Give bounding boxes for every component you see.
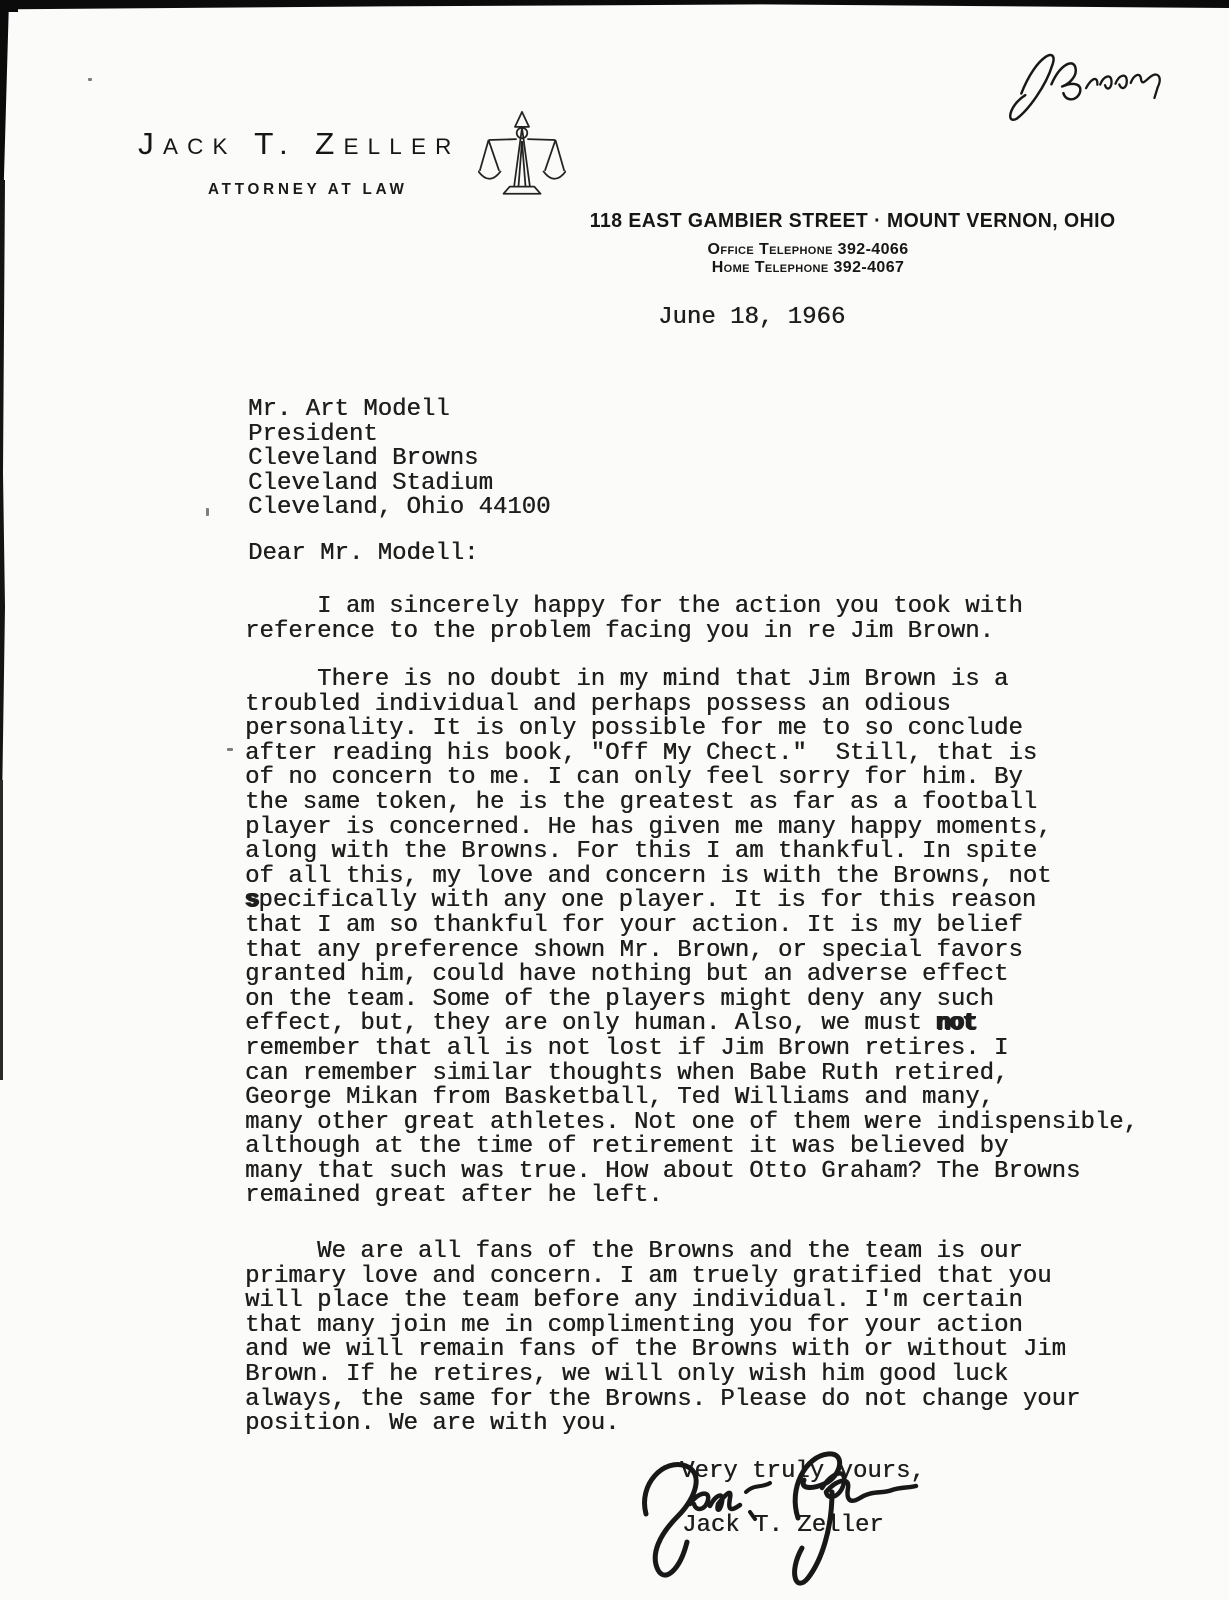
handwritten-note-jbrown: [990, 23, 1205, 134]
body-paragraph-3: We are all fans of the Browns and the te…: [245, 1240, 1080, 1437]
scan-edge-left-lower: [0, 780, 3, 1080]
scan-edge-top: [0, 0, 1229, 13]
scan-edge-left-upper: [0, 0, 9, 190]
letterhead-address: 118 EAST GAMBIER STREET · MOUNT VERNON, …: [590, 210, 1027, 233]
scan-speck: [227, 748, 233, 751]
letterhead-office-phone: Office Telephone 392-4066: [583, 241, 1033, 259]
handwriting-stroke: [990, 23, 1205, 134]
letter-page: Jack T. Zeller ATTORNEY AT LAW 118 EAST …: [0, 0, 1229, 1600]
scan-speck: [88, 78, 92, 81]
salutation: Dear Mr. Modell:: [248, 542, 478, 567]
handwritten-signature: [630, 1442, 925, 1587]
recipient-address: Mr. Art Modell President Cleveland Brown…: [248, 398, 550, 521]
signature-stroke: [630, 1442, 925, 1587]
scales-of-justice-icon: [478, 104, 566, 206]
letterhead-address-block: 118 EAST GAMBIER STREET · MOUNT VERNON, …: [583, 210, 1033, 276]
letterhead-name: Jack T. Zeller: [138, 126, 460, 162]
body-paragraph-2: There is no doubt in my mind that Jim Br…: [245, 668, 1138, 1209]
date-line: June 18, 1966: [658, 306, 845, 331]
scan-edge-left-mid: [0, 180, 5, 790]
letterhead-home-phone: Home Telephone 392-4067: [583, 259, 1033, 277]
body-paragraph-1: I am sincerely happy for the action you …: [245, 595, 1023, 644]
letterhead-role: ATTORNEY AT LAW: [208, 181, 408, 199]
scan-speck: [206, 508, 209, 516]
